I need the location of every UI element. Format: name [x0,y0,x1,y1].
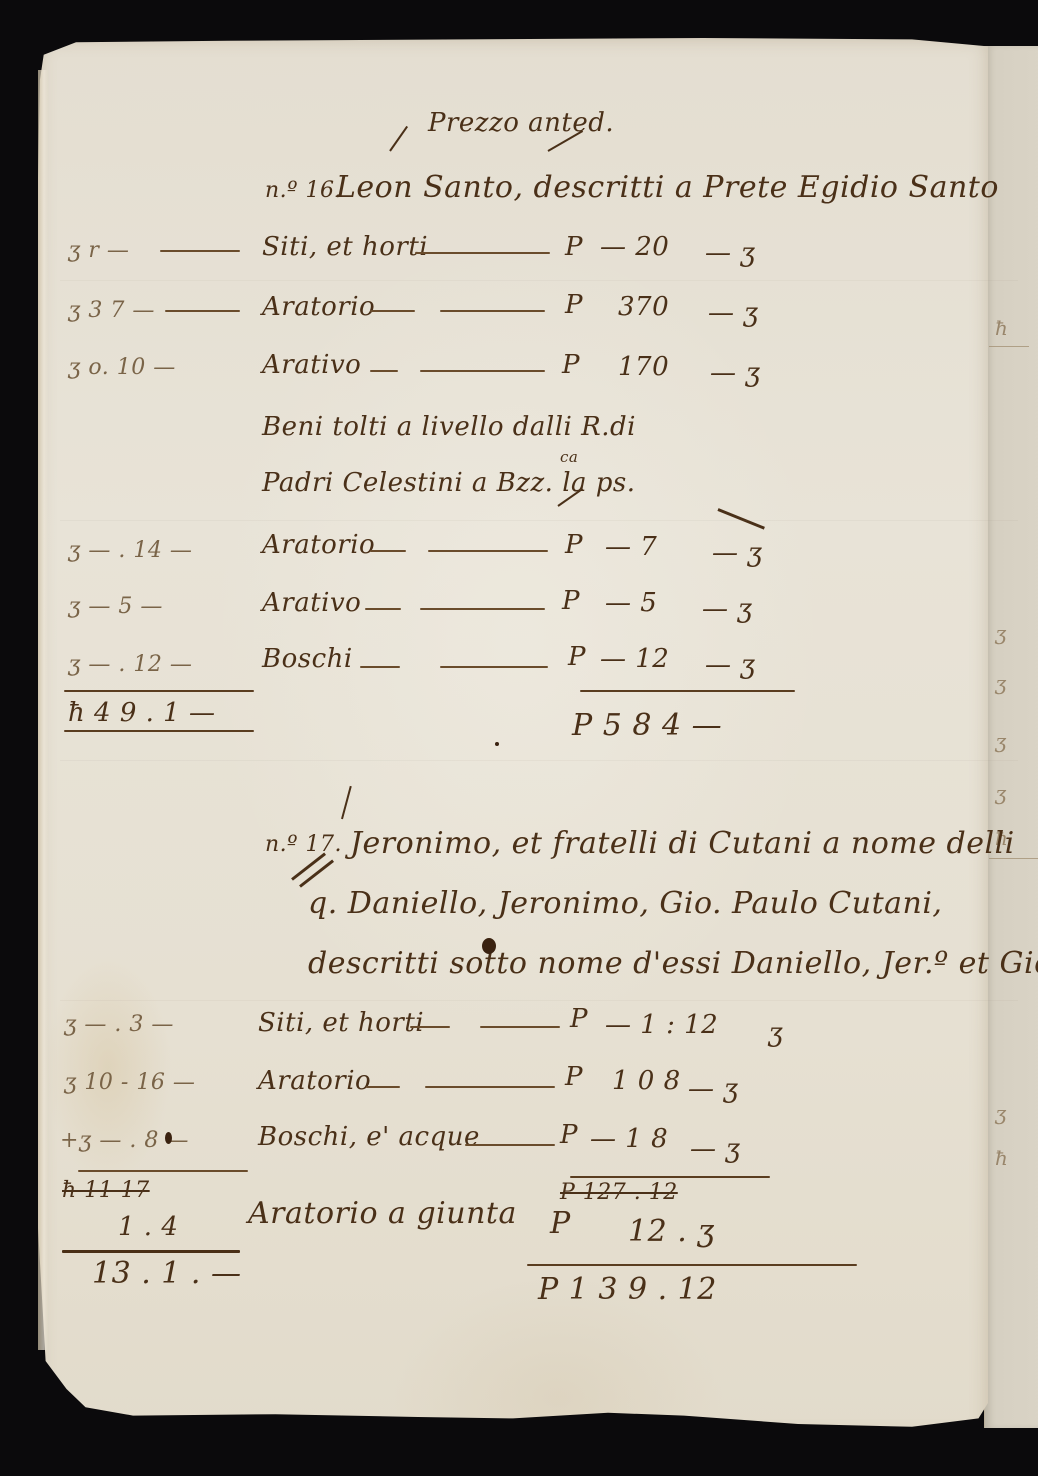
leader-line [428,550,548,552]
leader-line [415,252,550,254]
currency: P [560,1120,578,1150]
next-page-margin-mark: ʒ [995,671,1006,695]
amount: — 1 8 [590,1124,668,1154]
ink-blot [482,938,496,954]
row-label: Boschi [262,644,353,674]
leader-line [370,550,406,552]
left-value: ʒ r — [68,238,129,263]
row-label: Aratorio [258,1066,371,1096]
amount-suffix: — ʒ [705,650,755,680]
currency: P [562,586,580,616]
sum-underline [64,730,254,732]
leader-line [165,310,240,312]
row-label: Arativo [262,350,361,380]
note-superscript: ca [560,448,578,466]
left-value: ʒ — 5 — [68,594,163,619]
leader-line [425,1086,555,1088]
leader-line [440,310,545,312]
leader-line [420,608,545,610]
amount: — 12 [600,644,669,674]
amount: — 7 [605,532,657,562]
struck-amount: P 127 . 12 [560,1180,678,1205]
sum-line [62,1250,240,1253]
entry-17-title-line-1: Jeronimo, et fratelli di Cutani a nome d… [350,826,1015,861]
entry-16-title: Leon Santo, descritti a Prete Egidio San… [336,170,999,205]
entry-16-number: n.º 16. [265,178,342,203]
left-value: ʒ 10 - 16 — [64,1070,195,1095]
entry-17-title-line-3: descritti sotto nome d'essi Daniello, Je… [308,946,1038,981]
next-page-margin-mark: ʒ [995,621,1006,645]
amount: — 5 [605,588,657,618]
entry-17-number: n.º 17. [265,832,342,857]
amount-suffix: — ʒ [712,538,762,568]
addition-amount: 12 . ʒ [628,1214,715,1249]
currency: P [562,350,580,380]
entry-17-total: P 1 3 9 . 12 [538,1272,717,1307]
row-label: Aratorio [262,292,375,322]
addition-currency: P [550,1206,571,1241]
leader-line [366,1086,400,1088]
adjacent-page: ħ ʒ ʒ ʒ ʒ ħ ʒ ħ [984,46,1038,1428]
page-heading: Prezzo anted. [428,108,614,138]
leader-line [370,370,398,372]
amount: 170 [618,352,669,382]
entry-16-note-line-1: Beni tolti a livello dalli R.di [262,412,636,442]
currency: P [570,1004,588,1034]
currency: P [568,642,586,672]
currency: P [565,232,583,262]
amount: 1 0 8 [612,1066,681,1096]
next-page-margin-mark: ʒ [995,729,1006,753]
addition-left-value: 1 . 4 [118,1212,178,1242]
entry-16-note-line-2: Padri Celestini a Bzz. la ps. [262,468,636,498]
next-page-margin-mark: ħ [995,316,1008,340]
amount: 370 [618,292,669,322]
leader-line [420,370,545,372]
leader-line [360,666,400,668]
next-page-margin-mark: ħ [995,1146,1008,1170]
next-page-rule [989,346,1029,347]
left-value: ʒ — . 12 — [68,652,192,677]
amount-suffix: — ʒ [705,238,755,268]
amount: — 1 : 12 [605,1010,718,1040]
paper-ruling [60,760,1018,761]
next-page-margin-mark: ʒ [995,781,1006,805]
left-value: ʒ o. 10 — [68,355,176,380]
paper-ruling [60,280,1018,281]
leader-line [370,310,415,312]
amount-suffix: — ʒ [708,298,758,328]
leader-line [160,250,240,252]
leader-line [410,1026,450,1028]
leader-line [365,608,401,610]
entry-16-left-total: ħ 4 9 . 1 — [68,698,215,728]
amount-suffix: — ʒ [688,1074,738,1104]
leader-line [480,1026,560,1028]
sum-line [580,690,795,692]
currency: P [565,1062,583,1092]
row-label: Siti, et horti [258,1008,424,1038]
entry-17-title-line-2: q. Daniello, Jeronimo, Gio. Paulo Cutani… [308,886,942,921]
row-label: Aratorio [262,530,375,560]
entry-17-left-total: 13 . 1 . — [92,1256,241,1291]
page-edge [38,70,48,1350]
leader-line [465,1144,555,1146]
row-label: Siti, et horti [262,232,428,262]
struck-left-value: ħ 11 17 [62,1178,150,1203]
paper-ruling [60,520,1018,521]
currency: P [565,530,583,560]
amount-suffix: — ʒ [702,594,752,624]
row-label: Arativo [262,588,361,618]
left-value: ʒ — . 3 — [64,1012,174,1037]
row-label: Boschi, e' acque [258,1122,480,1152]
entry-16-total: P 5 8 4 — [572,708,722,743]
addition-label: Aratorio a giunta [248,1196,517,1231]
sum-line [64,690,254,692]
sum-line [570,1176,770,1178]
paper-ruling [60,1000,1018,1001]
amount-suffix: — ʒ [690,1134,740,1164]
amount-suffix: — ʒ [710,358,760,388]
amount-suffix: ʒ [768,1018,783,1048]
next-page-margin-mark: ʒ [995,1101,1006,1125]
left-value: ʒ 3 7 — [68,298,155,323]
leader-line [440,666,548,668]
ink-dot [495,742,499,746]
currency: P [565,290,583,320]
sum-line [78,1170,248,1172]
amount: — 20 [600,232,669,262]
sum-line [527,1264,857,1266]
left-value: ʒ — . 14 — [68,538,192,563]
ink-blot [165,1132,172,1144]
